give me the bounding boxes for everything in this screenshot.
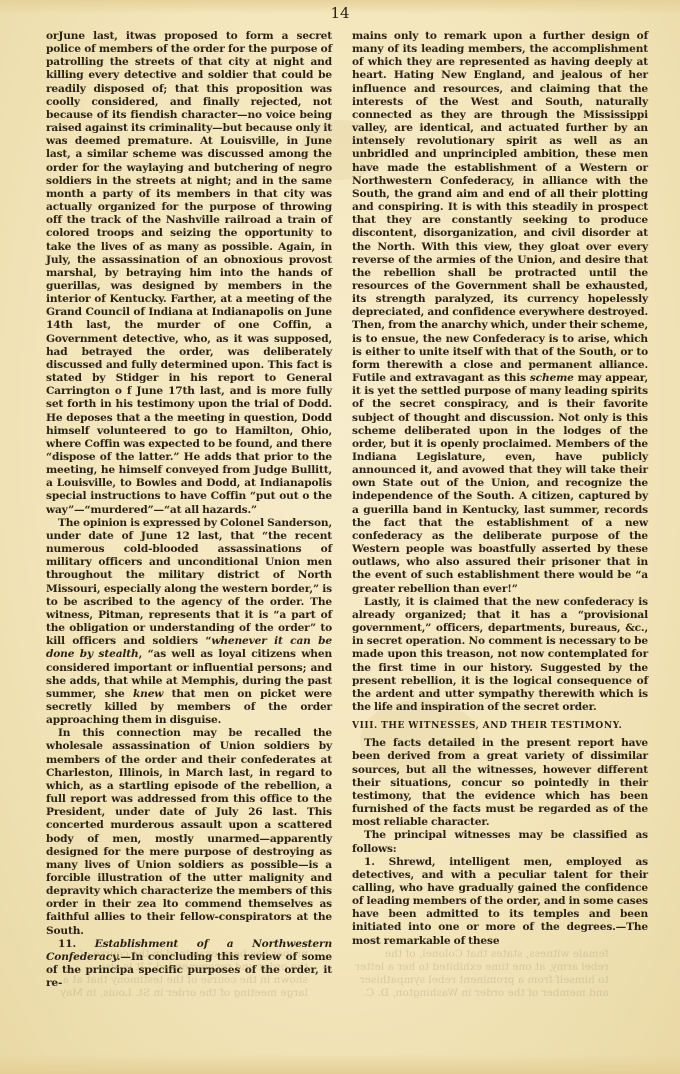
left-column: orJune last, itwas proposed to form a se… <box>46 30 332 990</box>
bleed-line: proper has been examined in the course o… <box>60 948 308 961</box>
bleed-line: female witness, states that Colonel, of … <box>355 948 609 961</box>
paragraph: The principal witnesses may be classifie… <box>352 829 648 855</box>
bleed-line: rebel army, at one time exhibited to her… <box>355 961 609 974</box>
bleed-line: and member of the order in Washington, D… <box>355 987 609 1000</box>
paragraph: mains only to remark upon a further desi… <box>352 30 648 596</box>
page-edge-bottom <box>0 1054 680 1074</box>
paragraph-text: mains only to remark upon a further desi… <box>352 30 648 384</box>
paragraph: The opinion is expressed by Colonel Sand… <box>46 517 332 728</box>
paragraph: Lastly, it is claimed that the new confe… <box>352 596 648 714</box>
paragraph: The facts detailed in the present report… <box>352 737 648 829</box>
paragraph-text: may appear, it is yet the settled purpos… <box>352 372 648 595</box>
paragraph: orJune last, itwas proposed to form a se… <box>46 30 332 517</box>
bleed-line: to himself from a prominent rebel sympat… <box>355 974 609 987</box>
paragraph: 1. Shrewd, intelligent men, employed as … <box>352 856 648 948</box>
bleed-line: large meeting of the order in St. Louis,… <box>60 987 308 1000</box>
paragraph: In this connection may be recalled the w… <box>46 727 332 938</box>
bleed-through-left: proper has been examined in the course o… <box>60 948 308 1000</box>
section-heading: VIII. THE WITNESSES, AND THEIR TESTIMONY… <box>352 720 648 733</box>
italic-phrase: knew <box>133 688 163 700</box>
right-column: mains only to remark upon a further desi… <box>352 30 648 948</box>
bleed-through-right: female witness, states that Colonel, of … <box>355 948 609 1000</box>
bleed-line: shown in the course of the testimony tha… <box>60 974 308 987</box>
page-number: 14 <box>0 4 680 22</box>
italic-phrase: scheme <box>530 372 574 384</box>
paragraph-text: The opinion is expressed by Colonel Sand… <box>46 517 332 647</box>
bleed-line: the order and recommended." It is also <box>60 961 308 974</box>
document-page: 14 orJune last, itwas proposed to form a… <box>0 0 680 1074</box>
